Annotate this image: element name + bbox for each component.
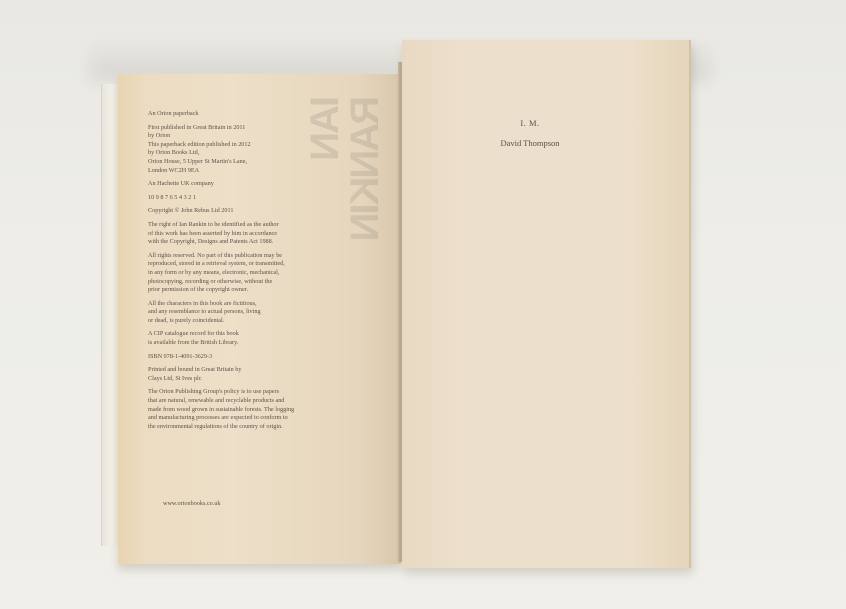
copyright-line: that are natural, renewable and recyclab…: [148, 397, 348, 406]
copyright-notice: An Orion paperbackFirst published in Gre…: [148, 110, 348, 436]
copyright-paragraph: An Orion paperback: [148, 110, 348, 119]
copyright-line: made from wood grown in sustainable fore…: [148, 406, 348, 415]
copyright-line: The right of Ian Rankin to be identified…: [148, 221, 348, 230]
copyright-line: ISBN 978-1-4091-3629-3: [148, 353, 348, 362]
copyright-line: by Orion Books Ltd,: [148, 149, 348, 158]
copyright-line: prior permission of the copyright owner.: [148, 286, 348, 295]
copyright-line: of this work has been asserted by him in…: [148, 230, 348, 239]
copyright-paragraph: First published in Great Britain in 2011…: [148, 124, 348, 176]
copyright-line: An Hachette UK company: [148, 180, 348, 189]
dedication-name: David Thompson: [500, 138, 559, 148]
copyright-line: is available from the British Library.: [148, 339, 348, 348]
copyright-line: All rights reserved. No part of this pub…: [148, 252, 348, 261]
copyright-line: An Orion paperback: [148, 110, 348, 119]
copyright-line: and manufacturing processes are expected…: [148, 414, 348, 423]
copyright-line: the environmental regulations of the cou…: [148, 423, 348, 432]
copyright-line: 10 9 8 7 6 5 4 3 2 1: [148, 194, 348, 203]
copyright-line: Copyright © John Rebus Ltd 2011: [148, 207, 348, 216]
copyright-line: Clays Ltd, St Ives plc: [148, 375, 348, 384]
copyright-paragraph: All rights reserved. No part of this pub…: [148, 252, 348, 295]
copyright-line: and any resemblance to actual persons, l…: [148, 308, 348, 317]
copyright-paragraph: 10 9 8 7 6 5 4 3 2 1: [148, 194, 348, 203]
copyright-line: Orion House, 5 Upper St Martin's Lane,: [148, 158, 348, 167]
copyright-line: photocopying, recording or otherwise, wi…: [148, 278, 348, 287]
copyright-paragraph: Printed and bound in Great Britain byCla…: [148, 366, 348, 383]
copyright-line: Printed and bound in Great Britain by: [148, 366, 348, 375]
publisher-website: www.orionbooks.co.uk: [163, 500, 221, 507]
copyright-paragraph: A CIP catalogue record for this bookis a…: [148, 330, 348, 347]
copyright-paragraph: ISBN 978-1-4091-3629-3: [148, 353, 348, 362]
copyright-line: or dead, is purely coincidental.: [148, 317, 348, 326]
copyright-line: The Orion Publishing Group's policy is t…: [148, 388, 348, 397]
copyright-paragraph: The Orion Publishing Group's policy is t…: [148, 388, 348, 431]
showthrough-line: RANKIN: [345, 96, 385, 366]
copyright-paragraph: The right of Ian Rankin to be identified…: [148, 221, 348, 247]
copyright-paragraph: An Hachette UK company: [148, 180, 348, 189]
copyright-paragraph: All the characters in this book are fict…: [148, 300, 348, 326]
copyright-line: with the Copyright, Designs and Patents …: [148, 238, 348, 247]
copyright-line: A CIP catalogue record for this book: [148, 330, 348, 339]
copyright-line: reproduced, stored in a retrieval system…: [148, 260, 348, 269]
copyright-line: in any form or by any means, electronic,…: [148, 269, 348, 278]
dedication-prefix: I. M.: [470, 118, 590, 128]
copyright-line: by Orion: [148, 132, 348, 141]
copyright-line: London WC2H 9EA: [148, 167, 348, 176]
dedication: I. M. David Thompson: [470, 118, 590, 148]
copyright-line: All the characters in this book are fict…: [148, 300, 348, 309]
copyright-paragraph: Copyright © John Rebus Ltd 2011: [148, 207, 348, 216]
copyright-line: First published in Great Britain in 2011: [148, 124, 348, 133]
copyright-line: This paperback edition published in 2012: [148, 141, 348, 150]
